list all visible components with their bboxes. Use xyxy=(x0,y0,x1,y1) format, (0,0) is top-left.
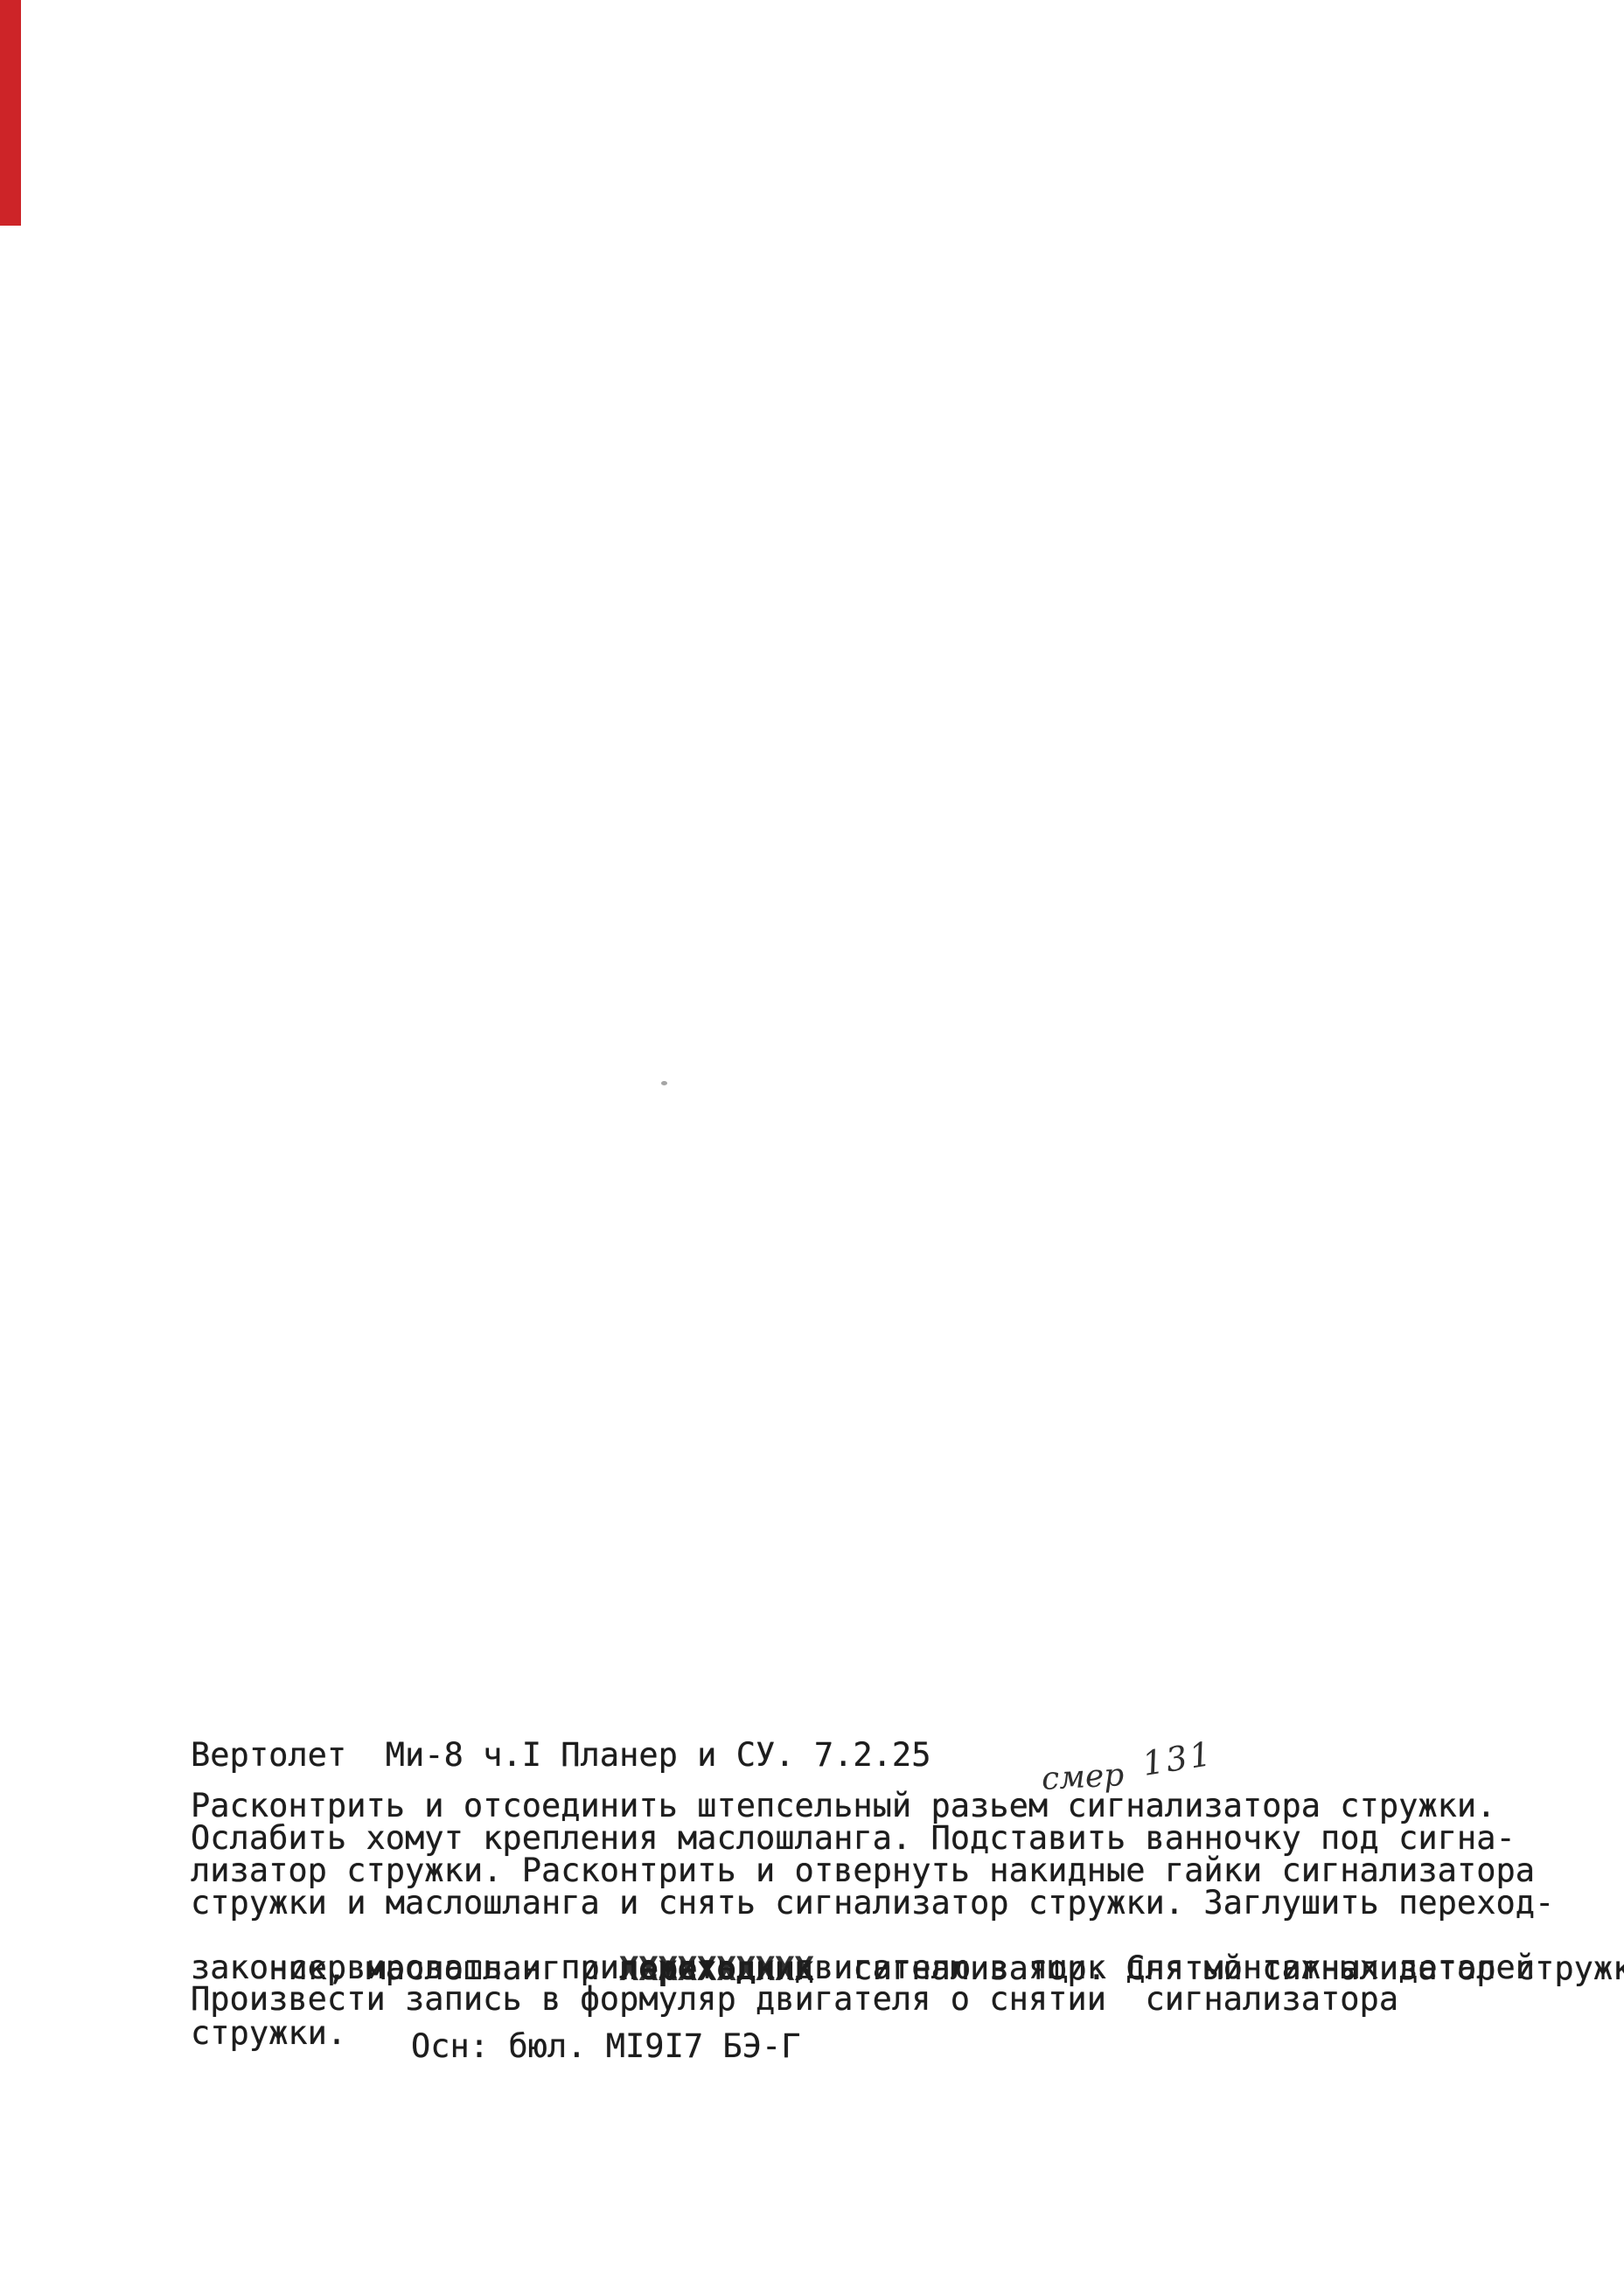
footer-reference-line: Осн: бюл. МI9I7 БЭ-Г xyxy=(411,2030,801,2062)
body-line: лизатор стружки. Расконтрить и отвернуть… xyxy=(191,1854,1535,1887)
scanned-document-page: Вертолет Ми-8 ч.I Планер и СУ. 7.2.25 см… xyxy=(0,0,1624,2274)
red-margin-bar xyxy=(0,0,21,226)
body-line: стружки. xyxy=(191,2017,346,2049)
body-line: стружки и маслошланга и снять сигнализат… xyxy=(191,1887,1554,1919)
scan-speck xyxy=(661,1081,667,1085)
handwritten-number: 131 xyxy=(1140,1734,1216,1783)
body-line: Расконтрить и отсоединить штепсельный ра… xyxy=(191,1789,1495,1822)
body-line: Ослабить хомут крепления маслошланга. По… xyxy=(191,1822,1516,1854)
body-line: законсервировать и приложить к двигателю… xyxy=(191,1951,1535,1984)
body-line: Произвести запись в формуляр двигателя о… xyxy=(191,1983,1398,2015)
document-title-line: Вертолет Ми-8 ч.I Планер и СУ. 7.2.25 xyxy=(191,1739,930,1771)
